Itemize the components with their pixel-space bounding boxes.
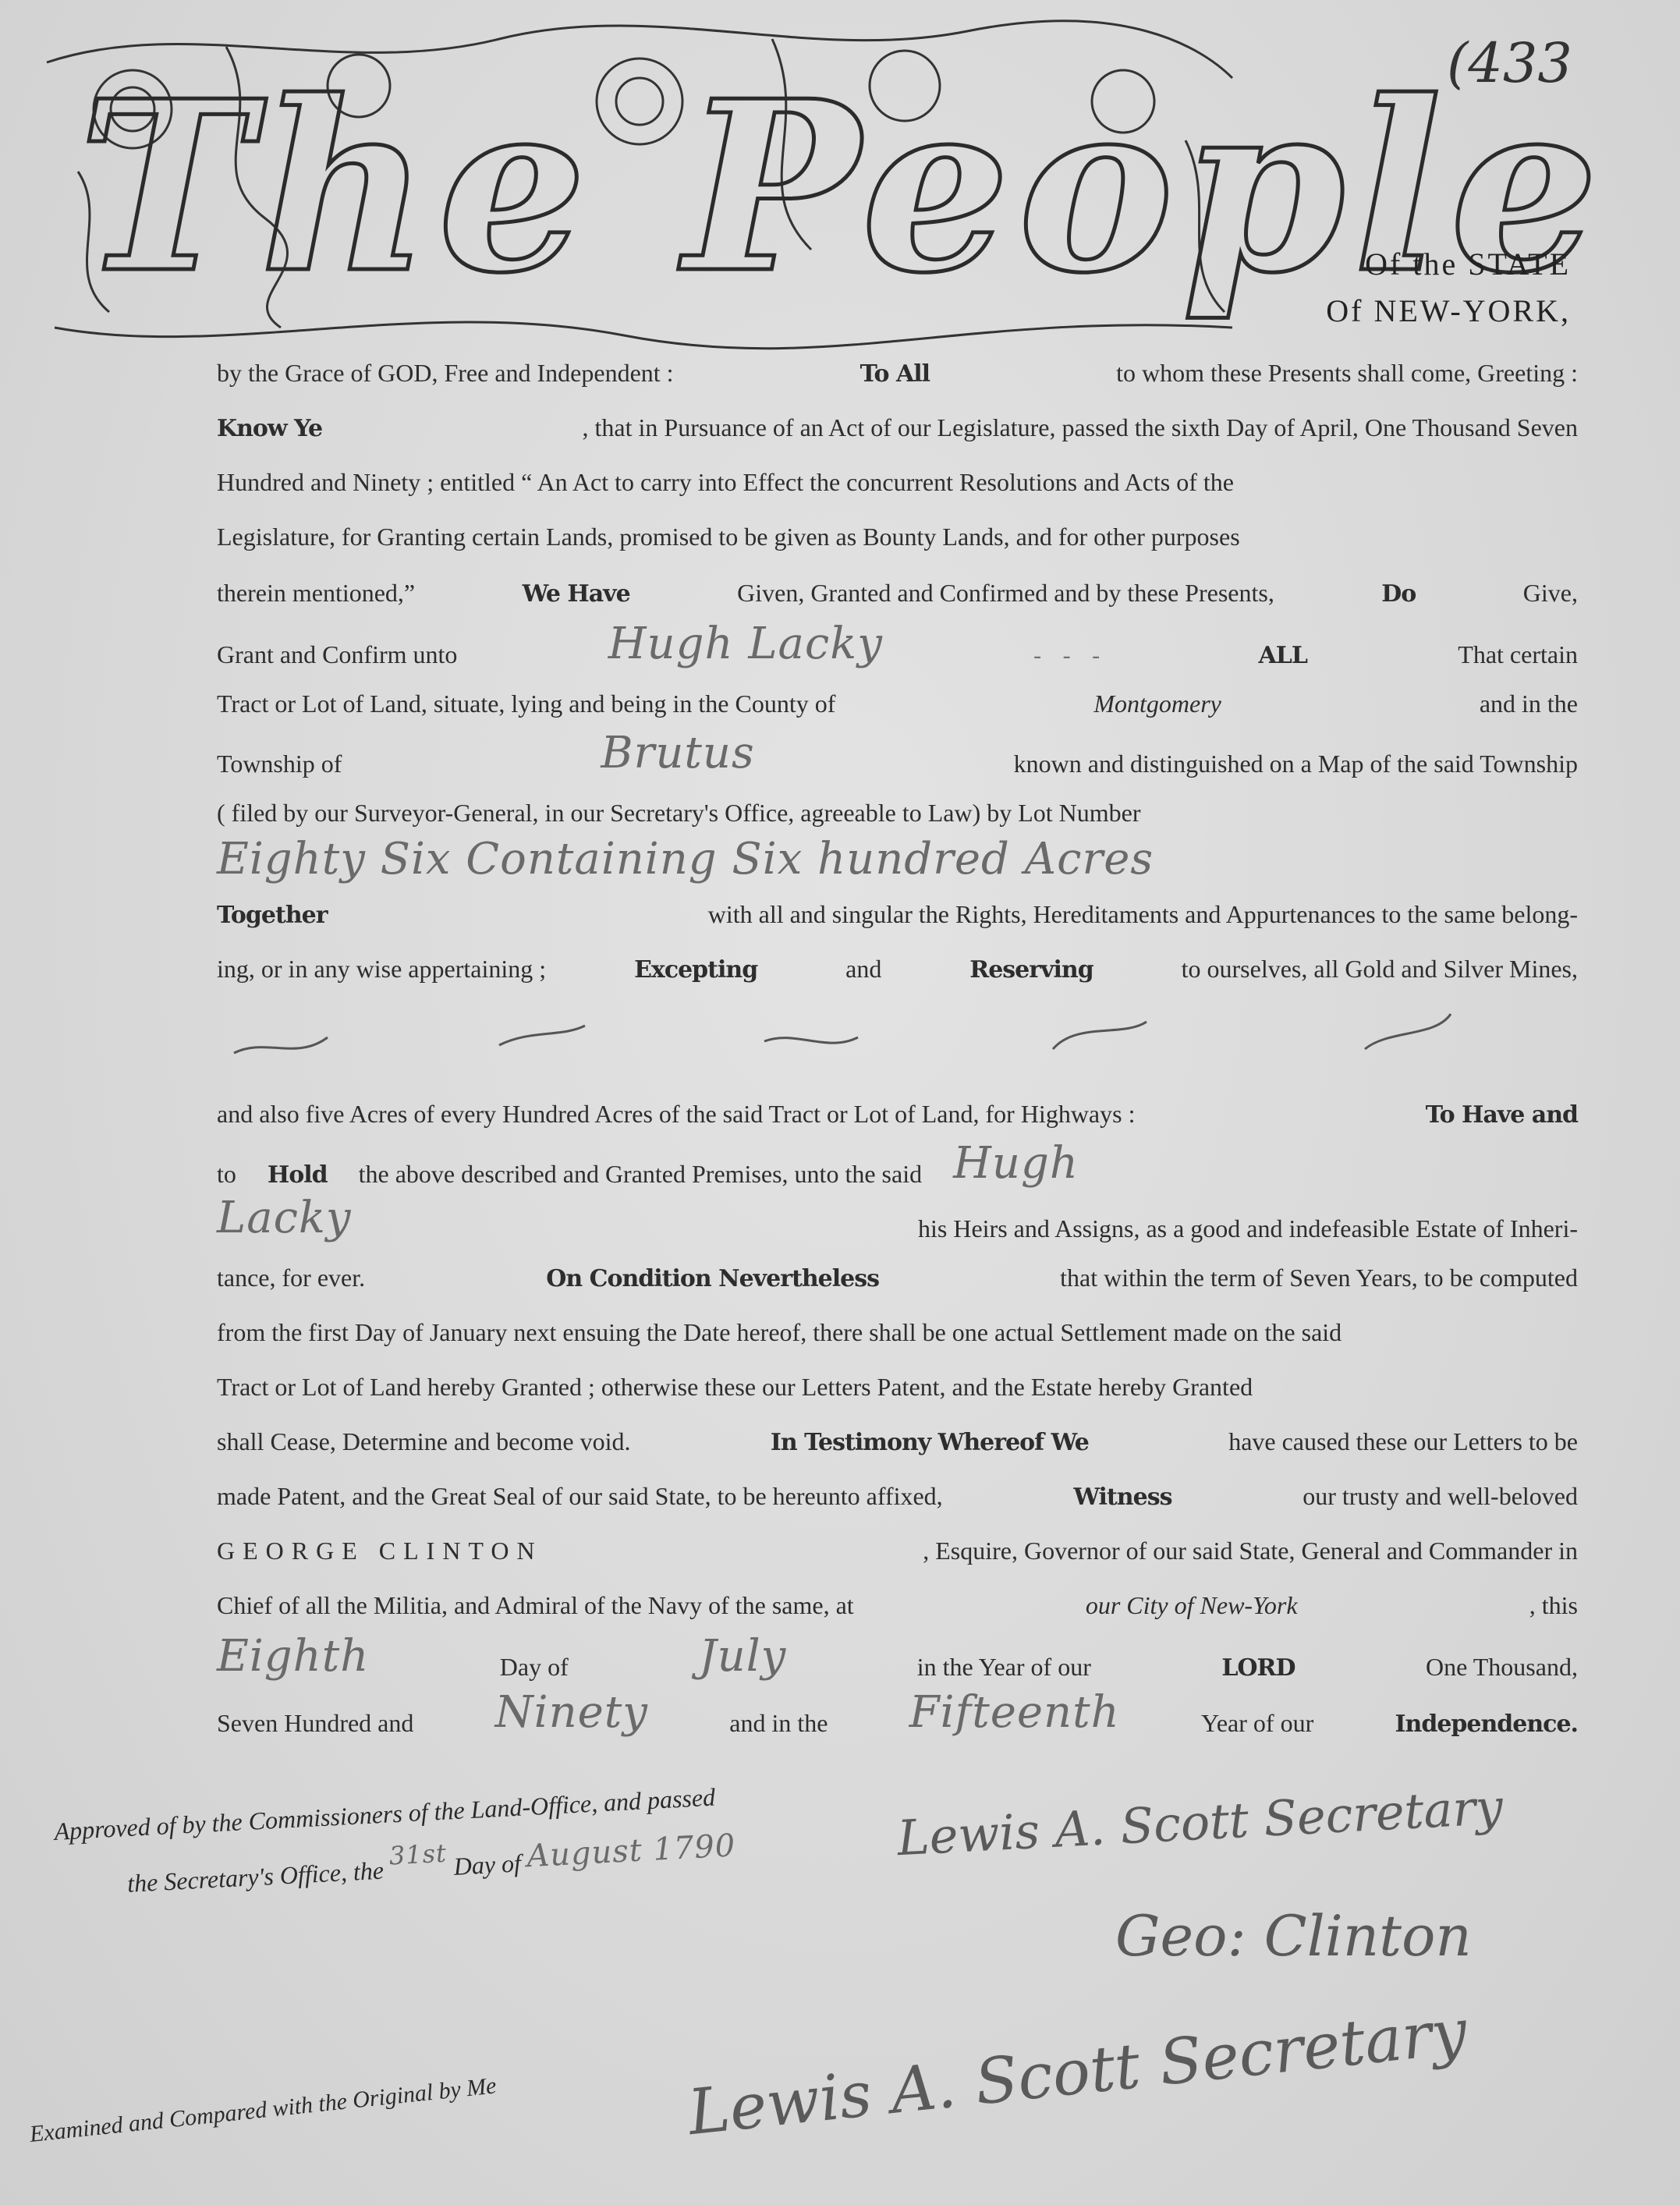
city-name: our City of New-York [1086,1590,1298,1621]
county-name: Montgomery [1093,688,1221,719]
approval-note: Approved of by the Commissioners of the … [53,1772,737,1910]
body-line-17: Tract or Lot of Land hereby Granted ; ot… [217,1371,1578,1402]
text: have caused these our Letters to be [1228,1426,1578,1457]
text: tance, for ever. [217,1262,365,1293]
blackletter-text: Excepting [634,955,757,986]
handwritten-flourishes-icon [218,1006,1544,1069]
blackletter-text: Hold [268,1160,328,1191]
text: , Esquire, Governor of our said State, G… [923,1535,1578,1566]
text: to [217,1158,236,1189]
body-line-9: ( filed by our Surveyor-General, in our … [217,797,1578,828]
body-line-16: from the first Day of January next ensui… [217,1317,1578,1348]
text: Seven Hundred and [217,1707,413,1739]
text: Township of [217,748,342,779]
body-line-4: Legislature, for Granting certain Lands,… [217,521,1578,552]
handwritten-grantee: Hugh Lacky [608,629,883,660]
body-line-lot: Eighty Six Containing Six hundred Acres [217,849,1578,880]
blackletter-text: LORD [1221,1653,1295,1684]
blackletter-text: We Have [523,579,630,610]
body-line-1: by the Grace of GOD, Free and Independen… [217,357,1578,390]
body-line-15: tance, for ever. On Condition Neverthele… [217,1262,1578,1295]
body-line-20: GEORGE CLINTON , Esquire, Governor of ou… [217,1535,1578,1566]
fill-dashes: - - - [1033,640,1108,672]
handwritten-grantee-first: Hugh [953,1148,1079,1179]
text: ing, or in any wise appertaining ; [217,953,546,984]
secretary-signature: Lewis A. Scott Secretary [896,1778,1505,1867]
handwritten-grantee-last: Lacky [217,1203,352,1234]
text: by the Grace of GOD, Free and Independen… [217,357,674,388]
state-line-2: Of NEW-YORK, [1326,292,1571,329]
body-line-13: to Hold the above described and Granted … [217,1153,1578,1191]
body-line-10: Together with all and singular the Right… [217,899,1578,931]
blackletter-text: On Condition Nevertheless [546,1264,879,1295]
text: Hundred and Ninety ; entitled “ An Act t… [217,466,1234,498]
text: and in the [729,1707,828,1739]
state-line-1: Of the STATE [1365,246,1571,282]
governor-signature: Geo: Clinton [1115,1903,1472,1969]
text: That certain [1458,639,1578,670]
handwritten-month: July [699,1641,786,1672]
body-line-5: therein mentioned,” We Have Given, Grant… [217,577,1578,610]
text: from the first Day of January next ensui… [217,1317,1342,1348]
masthead-calligraphy: The People [31,16,1248,351]
body-line-12: and also five Acres of every Hundred Acr… [217,1098,1578,1131]
text: known and distinguished on a Map of the … [1014,748,1578,779]
handwritten-approval-date: August 1790 [526,1827,736,1874]
text: made Patent, and the Great Seal of our s… [217,1480,943,1512]
blackletter-text: Do [1381,579,1416,610]
text: ( filed by our Surveyor-General, in our … [217,797,1141,828]
body-line-23: Seven Hundred and Ninety and in the Fift… [217,1702,1578,1740]
text: and [845,953,881,984]
body-line-22: Eighth Day of July in the Year of our LO… [217,1646,1578,1684]
blackletter-text: Together [217,900,328,931]
body-line-3: Hundred and Ninety ; entitled “ An Act t… [217,466,1578,498]
text: Grant and Confirm unto [217,639,457,670]
text: , that in Pursuance of an Act of our Leg… [583,412,1578,443]
body-line-19: made Patent, and the Great Seal of our s… [217,1480,1578,1513]
text: to ourselves, all Gold and Silver Mines, [1182,953,1578,984]
body-line-6: Grant and Confirm unto Hugh Lacky - - - … [217,633,1578,672]
text: and also five Acres of every Hundred Acr… [217,1098,1135,1129]
text: in the Year of our [917,1651,1091,1682]
text: , this [1529,1590,1578,1621]
text: that within the term of Seven Years, to … [1060,1262,1578,1293]
body-line-8: Township of Brutus known and distinguish… [217,743,1578,779]
document-page: The People (433 Of the STATE Of NEW-YORK… [0,0,1680,2205]
handwritten-day: Eighth [217,1641,369,1672]
body-line-14: Lacky his Heirs and Assigns, as a good a… [217,1207,1578,1244]
body-line-7: Tract or Lot of Land, situate, lying and… [217,688,1578,719]
blackletter-text: Independence. [1395,1709,1578,1740]
handwritten-independence-year: Fifteenth [909,1697,1120,1728]
text: Year of our [1201,1707,1313,1739]
body-line-18: shall Cease, Determine and become void. … [217,1426,1578,1459]
blackletter-text: Witness [1073,1482,1171,1513]
text: Day of [453,1849,522,1880]
text: the Secretary's Office, the [126,1856,385,1898]
text: One Thousand, [1426,1651,1578,1682]
body-line-21: Chief of all the Militia, and Admiral of… [217,1590,1578,1621]
masthead-title: The People [78,62,1232,312]
text: the above described and Granted Premises… [359,1158,922,1189]
text: and in the [1480,688,1578,719]
blackletter-text: To Have and [1426,1100,1578,1131]
blackletter-text: Reserving [969,955,1093,986]
body-line-2: Know Ye , that in Pursuance of an Act of… [217,412,1578,445]
blackletter-text: Know Ye [217,413,322,445]
text: Give, [1523,577,1578,608]
text: Tract or Lot of Land, situate, lying and… [217,688,835,719]
text: to whom these Presents shall come, Greet… [1116,357,1578,388]
text: with all and singular the Rights, Heredi… [708,899,1578,930]
examiner-signature: Lewis A. Scott Secretary [685,1995,1470,2149]
text: Legislature, for Granting certain Lands,… [217,521,1240,552]
governor-name: GEORGE CLINTON [217,1535,543,1566]
text: his Heirs and Assigns, as a good and ind… [918,1213,1578,1244]
text: our trusty and well-beloved [1303,1480,1578,1512]
handwritten-year: Ninety [495,1697,648,1728]
text: Day of [500,1651,569,1682]
handwritten-lot: Eighty Six Containing Six hundred Acres [217,844,1154,875]
blackletter-text: ALL [1258,640,1306,672]
body-line-11: ing, or in any wise appertaining ; Excep… [217,953,1578,986]
blackletter-text: In Testimony Whereof We [771,1427,1089,1459]
handwritten-approval-day: 31st [388,1838,448,1871]
text: Tract or Lot of Land hereby Granted ; ot… [217,1371,1253,1402]
text: shall Cease, Determine and become void. [217,1426,630,1457]
handwritten-township: Brutus [601,738,754,769]
text: Chief of all the Militia, and Admiral of… [217,1590,854,1621]
examined-label: Examined and Compared with the Original … [28,2072,498,2148]
blackletter-text: To All [860,359,930,390]
text: therein mentioned,” [217,577,415,608]
text: Given, Granted and Confirmed and by thes… [737,577,1274,608]
folio-number: (433 [1447,31,1572,95]
